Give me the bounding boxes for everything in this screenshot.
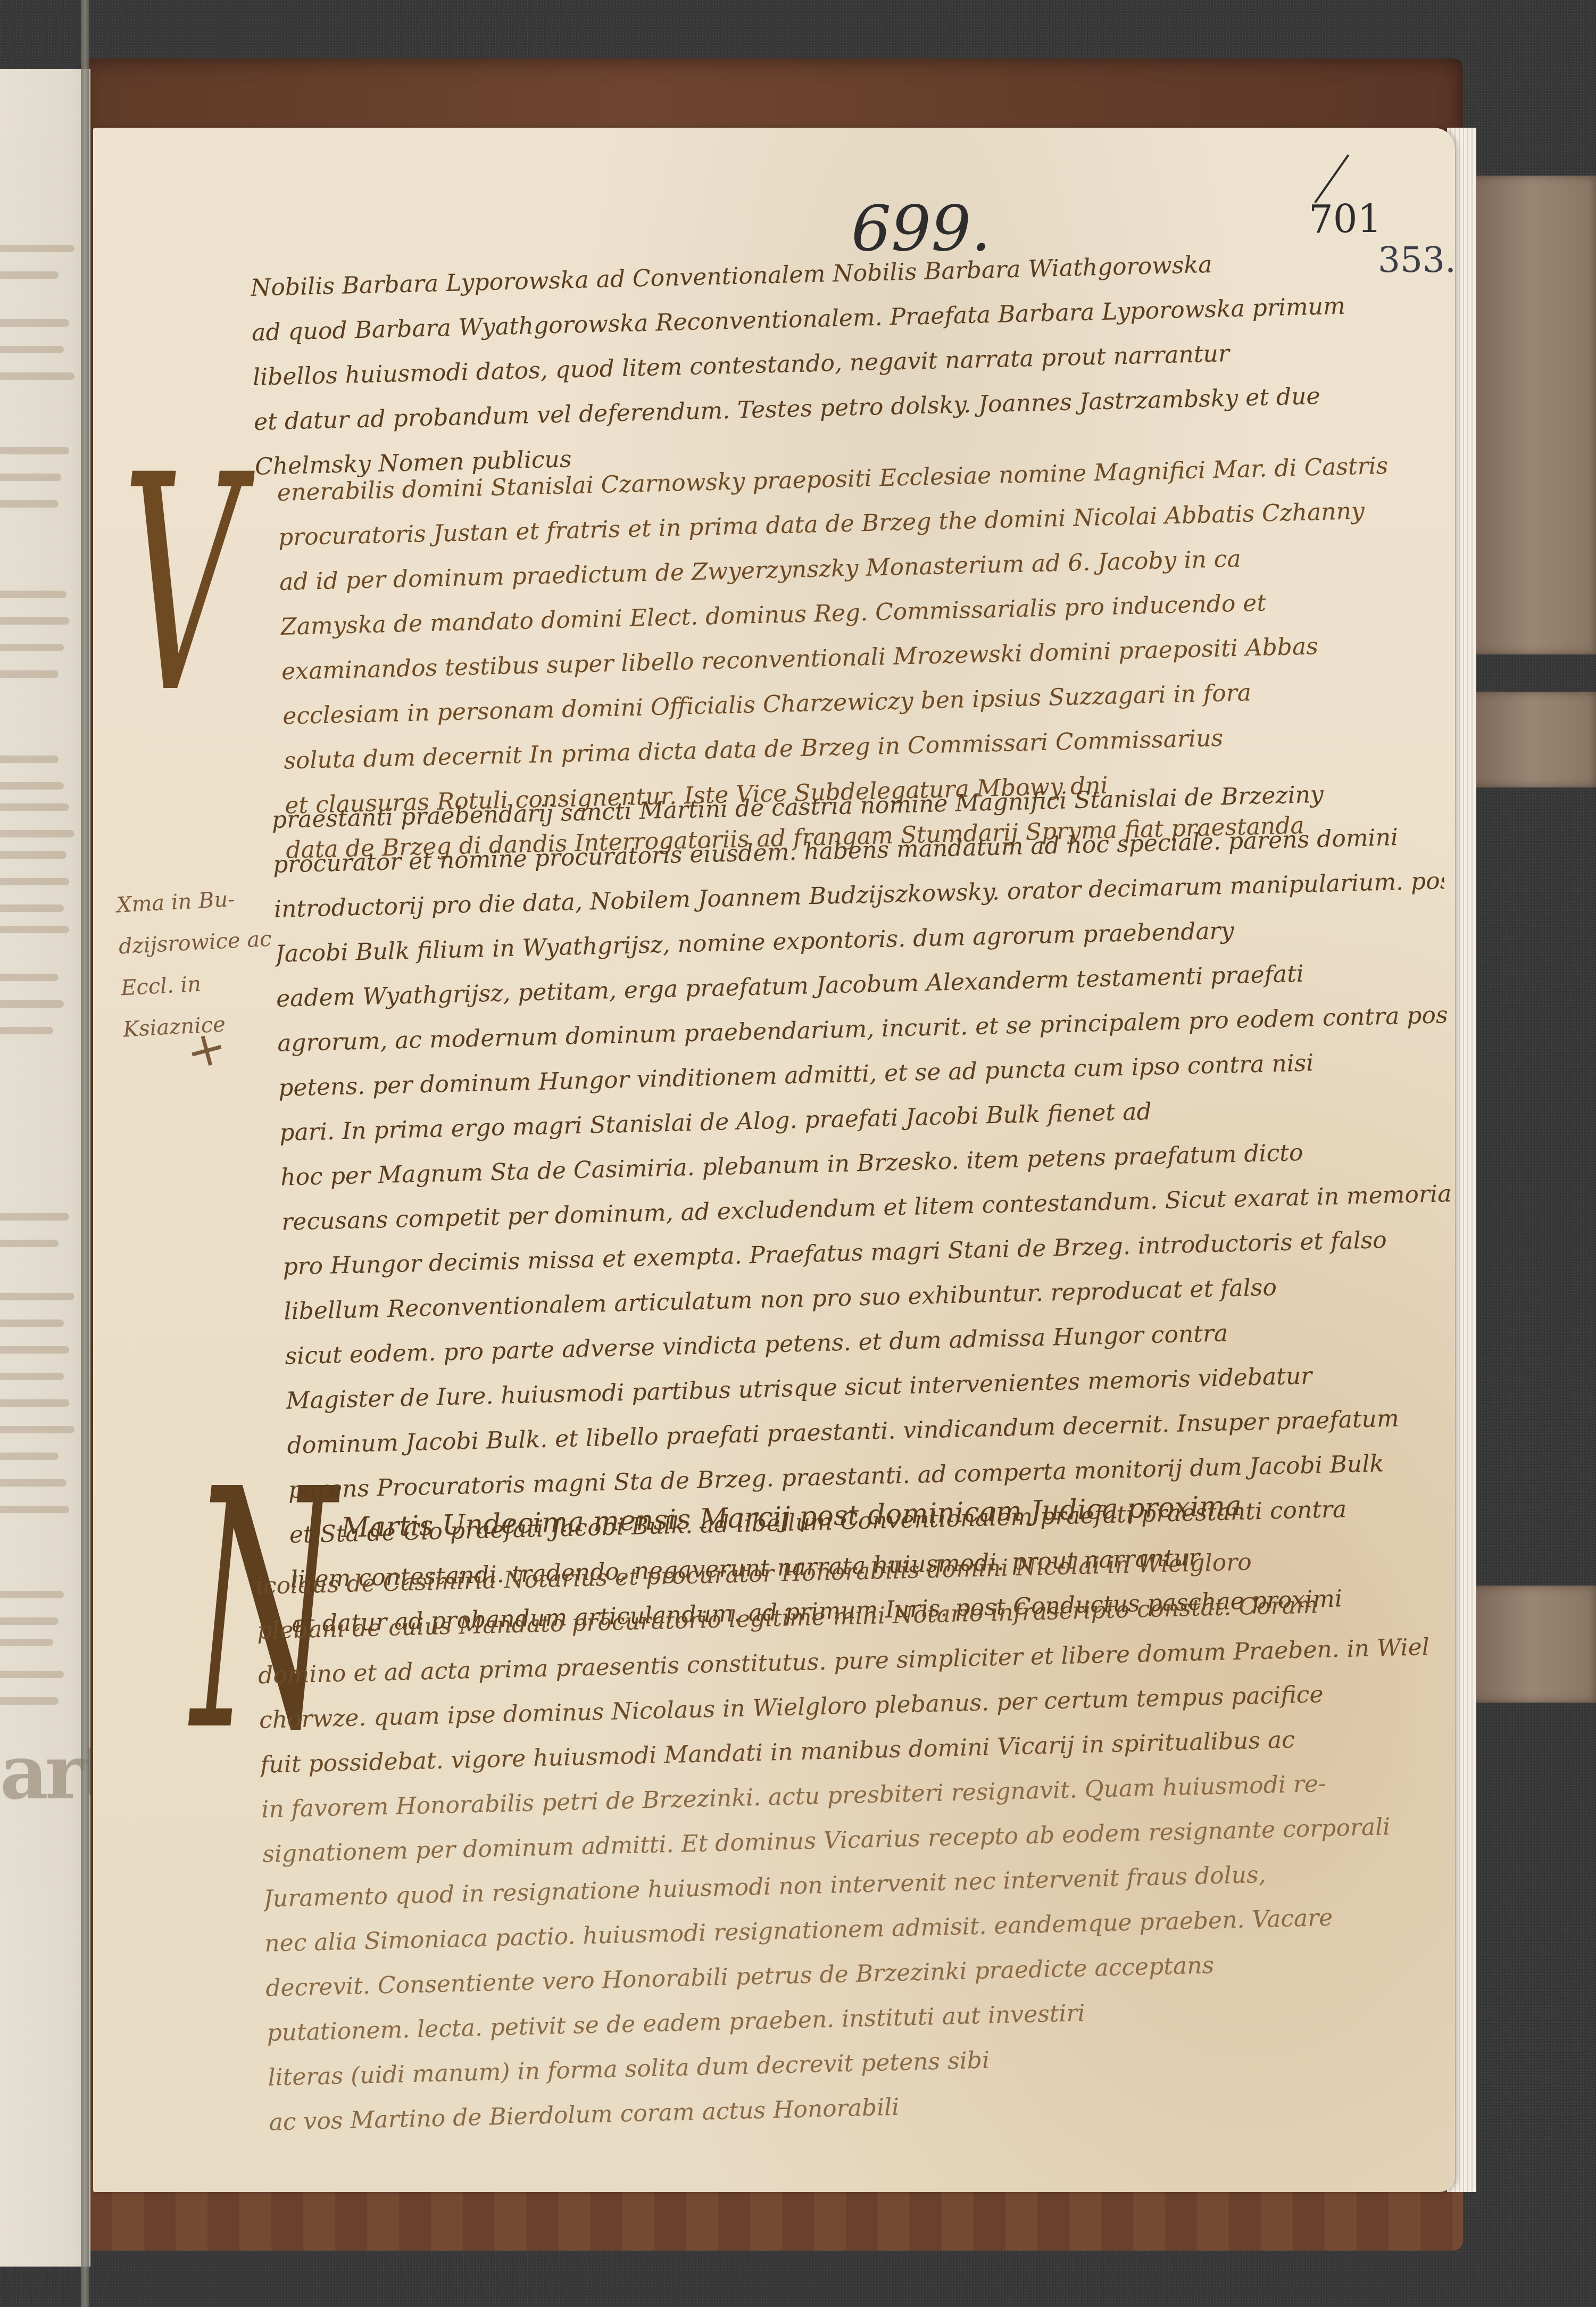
decorated-initial-v: V (122, 436, 240, 734)
margin-note-line: Xma in Bu- (115, 877, 272, 926)
margin-note-line: dzijsrowice ac (118, 918, 274, 968)
glass-plate-edge (81, 0, 89, 2307)
facing-page: arth (0, 69, 90, 2267)
entry-resignation-case: icolaus de Casimiria Notarius et procura… (255, 1536, 1440, 2145)
facing-page-heading: arth (0, 1729, 90, 1816)
suede-tab-middle (1468, 692, 1596, 787)
suede-tab-lower (1468, 1586, 1596, 1703)
suede-tab-upper (1468, 176, 1596, 654)
old-folio-number-struck: 701 (1309, 197, 1382, 242)
